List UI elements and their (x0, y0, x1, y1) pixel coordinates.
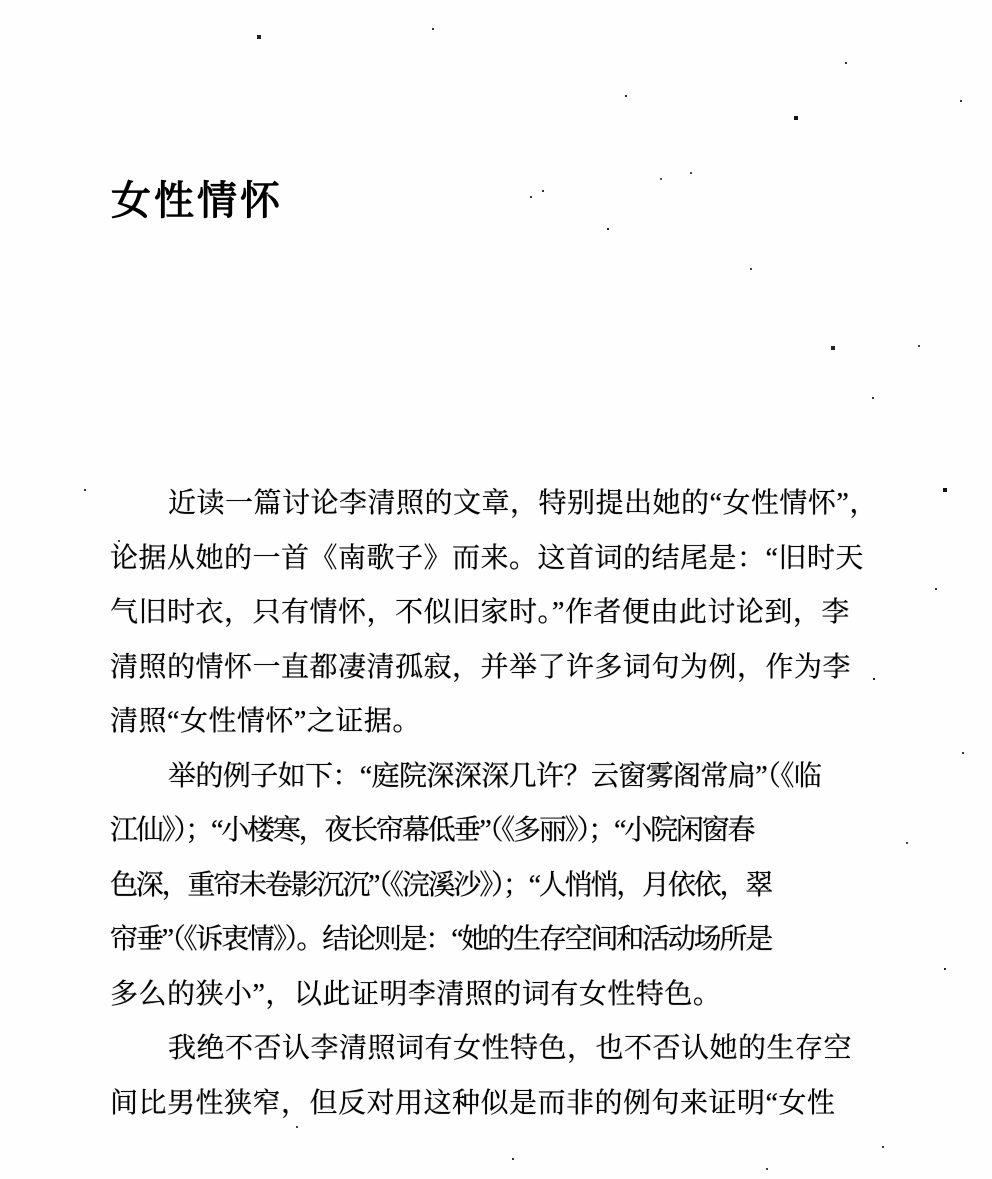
chapter-title: 女性情怀 (111, 178, 283, 224)
text-line: 多么的狭小”，以此证明李清照的词有女性特色。 (110, 968, 888, 1023)
text-line: 间比男性狭窄，但反对用这种似是而非的例句来证明“女性 (110, 1077, 888, 1132)
text-line: 清照“女性情怀”之证据。 (110, 695, 888, 750)
text-line: 我绝不否认李清照词有女性特色，也不否认她的生存空 (110, 1022, 888, 1077)
text-line: 帘垂”（《诉衷情》）。结论则是：“她的生存空间和活动场所是 (110, 913, 888, 968)
scan-noise-specks (0, 0, 2, 2)
text-line: 色深，重帘未卷影沉沉”（《浣溪沙》）；“人悄悄，月依依，翠 (110, 859, 888, 914)
scanned-book-page: 女性情怀 近读一篇讨论李清照的文章，特别提出她的“女性情怀”， 论据从她的一首《… (0, 0, 992, 1179)
text-line: 近读一篇讨论李清照的文章，特别提出她的“女性情怀”， (110, 477, 888, 532)
text-line: 气旧时衣，只有情怀，不似旧家时。”作者便由此讨论到，李 (110, 586, 888, 641)
text-line: 论据从她的一首《南歌子》而来。这首词的结尾是：“旧时天 (110, 532, 888, 587)
text-line: 江仙》）；“小楼寒，夜长帘幕低垂”（《多丽》）；“小院闲窗春 (110, 804, 888, 859)
body-text-block: 近读一篇讨论李清照的文章，特别提出她的“女性情怀”， 论据从她的一首《南歌子》而… (110, 477, 888, 1131)
text-line: 举的例子如下：“庭院深深深几许？云窗雾阁常扃”（《临 (110, 750, 888, 805)
text-line: 清照的情怀一直都凄清孤寂，并举了许多词句为例，作为李 (110, 641, 888, 696)
